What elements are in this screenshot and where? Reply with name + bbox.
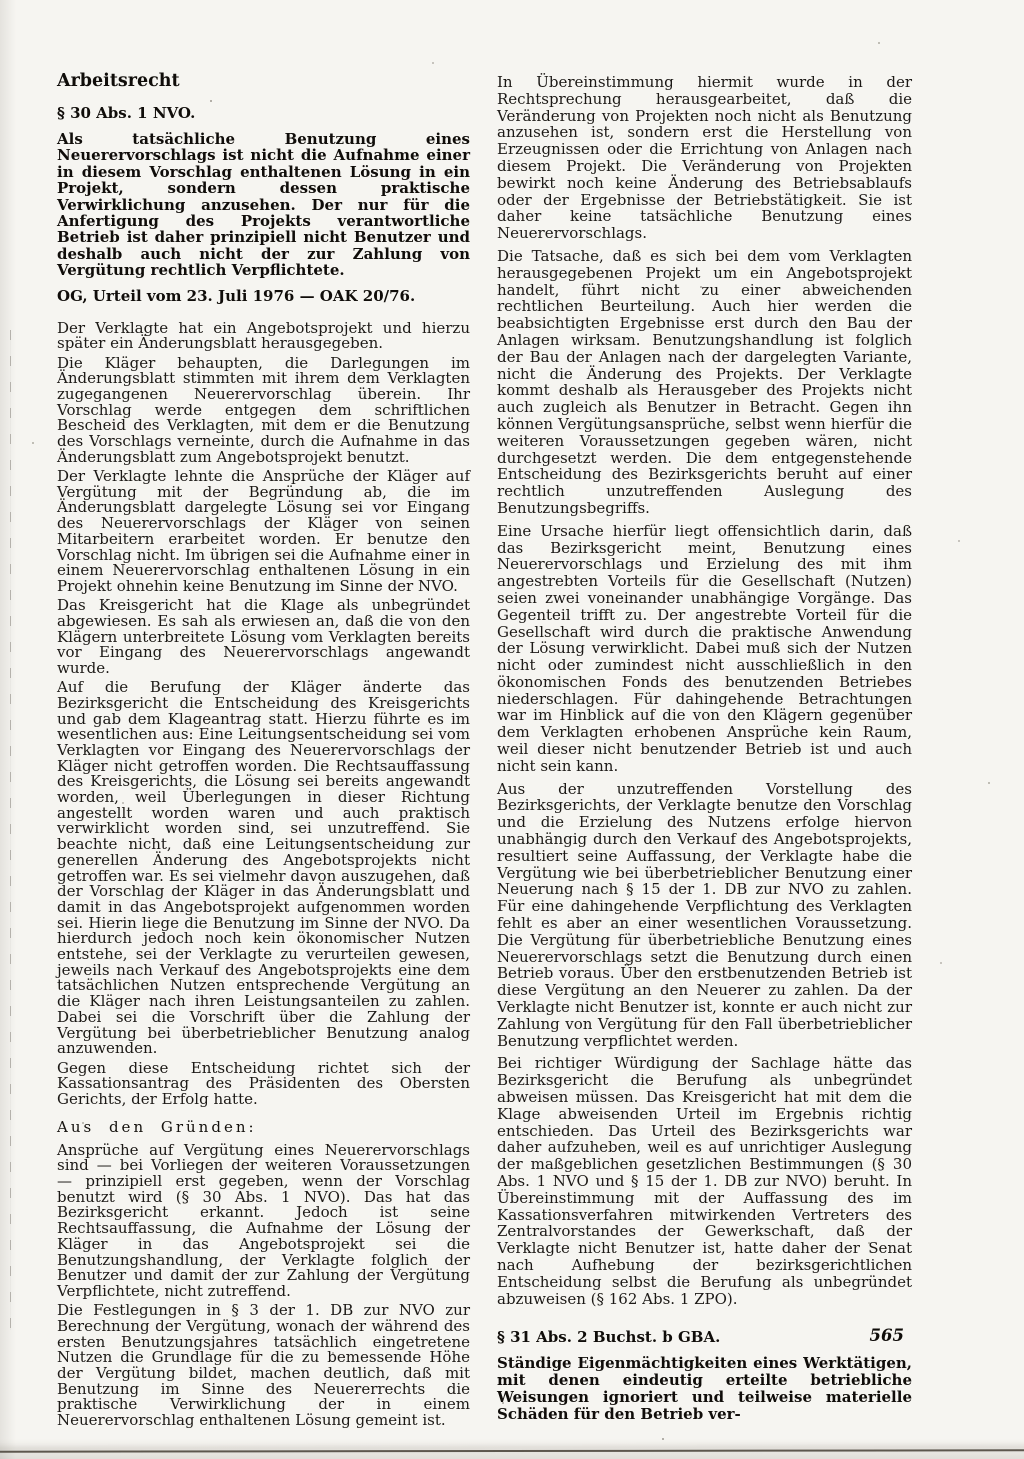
reasons-paragraph: In Übereinstimmung hiermit wurde in der … [497, 74, 912, 242]
reasons-paragraph: Die Tatsache, daß es sich bei dem vom Ve… [497, 248, 912, 517]
section-heading: Arbeitsrecht [57, 71, 470, 91]
headnote-nvo: Als tatsächliche Benutzung eines Neuerer… [57, 131, 470, 279]
headnote-gba: Ständige Eigenmächtigkeiten eines Werktä… [497, 1355, 912, 1423]
right-column: In Übereinstimmung hiermit wurde in der … [497, 71, 912, 1432]
reasons-heading: Aus den Gründen: [57, 1119, 470, 1136]
facts-paragraph: Der Verklagte hat ein Angebotsprojekt un… [57, 321, 470, 352]
case-citation: OG, Urteil vom 23. Juli 1976 — OAK 20/76… [57, 288, 470, 305]
reasons-paragraph: Die Festlegungen in § 3 der 1. DB zur NV… [57, 1303, 470, 1429]
left-column: Arbeitsrecht § 30 Abs. 1 NVO. Als tatsäc… [57, 71, 470, 1432]
facts-paragraph: Gegen diese Entscheidung richtet sich de… [57, 1061, 470, 1108]
scanned-page: Arbeitsrecht § 30 Abs. 1 NVO. Als tatsäc… [0, 0, 1024, 1459]
scan-left-edge-line [10, 330, 11, 1330]
reasons-paragraph: Ansprüche auf Vergütung eines Neuerervor… [57, 1143, 470, 1300]
reasons-paragraph: Aus der unzutreffenden Vorstellung des B… [497, 781, 912, 1050]
facts-paragraph: Der Verklagte lehnte die Ansprüche der K… [57, 469, 470, 595]
facts-paragraph: Auf die Berufung der Kläger änderte das … [57, 680, 470, 1057]
two-column-layout: Arbeitsrecht § 30 Abs. 1 NVO. Als tatsäc… [57, 71, 912, 1432]
statute-heading-gba: § 31 Abs. 2 Buchst. b GBA. [497, 1329, 912, 1346]
statute-heading-nvo: § 30 Abs. 1 NVO. [57, 105, 470, 122]
facts-paragraph: Die Kläger behaupten, die Darlegungen im… [57, 356, 470, 466]
reasons-paragraph: Eine Ursache hierfür liegt offensichtlic… [497, 523, 912, 775]
reasons-paragraph: Bei richtiger Würdigung der Sachlage hät… [497, 1055, 912, 1307]
facts-paragraph: Das Kreisgericht hat die Klage als unbeg… [57, 598, 470, 677]
scan-speckles [0, 0, 2, 2]
scan-bottom-edge-line [0, 1449, 1024, 1452]
page-number: 565 [870, 1326, 904, 1345]
